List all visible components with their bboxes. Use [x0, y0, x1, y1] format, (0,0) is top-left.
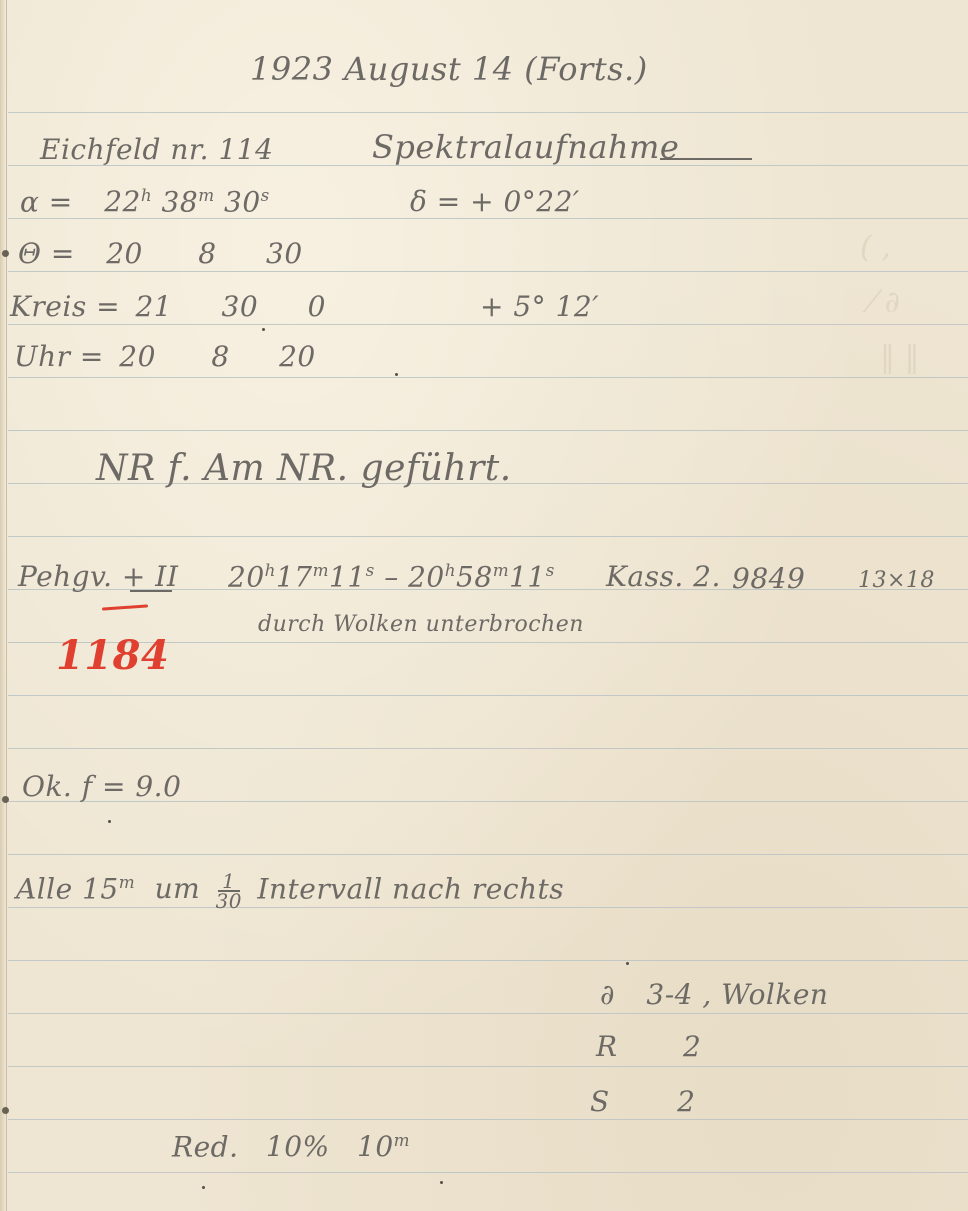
- ruled-line: [8, 748, 968, 749]
- end-hours: 20: [408, 560, 445, 593]
- condition-symbol: S: [590, 1085, 610, 1118]
- exposure-remark: durch Wolken unterbrochen: [258, 612, 584, 637]
- ruled-line: [8, 536, 968, 537]
- interval-middle: um: [155, 872, 201, 905]
- margin-line: [6, 0, 7, 1211]
- reduction-percent: 10%: [266, 1130, 330, 1163]
- ruled-line: [8, 1066, 968, 1067]
- start-minutes: 17: [276, 560, 313, 593]
- condition-value: 2: [683, 1030, 701, 1063]
- ruled-line: [8, 695, 968, 696]
- alpha-minutes: 38: [162, 185, 199, 218]
- ruled-line: [8, 1119, 968, 1120]
- pencil-dot: [626, 962, 629, 965]
- alpha-label: α =: [20, 185, 73, 218]
- exposure-label-underline: [130, 590, 172, 592]
- alpha-seconds: 30: [224, 185, 261, 218]
- pencil-dot: [395, 373, 398, 376]
- pencil-dot: [262, 328, 265, 331]
- plate-size: 13×18: [858, 568, 935, 593]
- kreis-declination: + 5° 12′: [480, 290, 599, 323]
- kreis-minutes: 30: [222, 290, 259, 323]
- interval-fraction: 1 30: [216, 872, 242, 910]
- uhr-hours: 20: [119, 340, 156, 373]
- start-hours: 20: [228, 560, 265, 593]
- theta-seconds: 30: [266, 237, 303, 270]
- pencil-dot: [202, 1186, 205, 1189]
- ocular-note: Ok. f = 9.0: [22, 770, 181, 803]
- condition-symbol: ∂: [600, 978, 615, 1011]
- theta-hours: 20: [106, 237, 143, 270]
- exposure-label: Pehgv. + II: [18, 560, 178, 593]
- condition-value: 3-4: [646, 978, 693, 1011]
- binding-hole: [2, 796, 9, 803]
- object-name: Eichfeld nr. 114: [40, 133, 273, 166]
- camera-label: Kass. 2.: [606, 560, 721, 593]
- condition-note: , Wolken: [702, 978, 828, 1011]
- end-seconds: 11: [509, 560, 546, 593]
- red-overline-stroke: [102, 604, 148, 610]
- notebook-page: ( , ⁄ ∂ ‖ ‖ 1923 August 14 (Forts.) Eich…: [0, 0, 968, 1211]
- plate-number: 9849: [732, 562, 805, 595]
- delta-row: δ = + 0°22′: [410, 185, 580, 218]
- interval-prefix: Alle 15: [16, 872, 119, 905]
- kreis-seconds: 0: [308, 290, 326, 323]
- reduction-time-unit: m: [394, 1130, 410, 1150]
- ruled-line: [8, 1172, 968, 1173]
- pencil-dot: [440, 1181, 443, 1184]
- ruled-line: [8, 1013, 968, 1014]
- fraction-denominator: 30: [216, 892, 242, 910]
- ruled-line: [8, 430, 968, 431]
- end-minutes: 58: [456, 560, 493, 593]
- purpose-heading: Spektralaufnahme: [372, 128, 679, 166]
- theta-row: Θ = 20 8 30: [18, 237, 303, 270]
- delta-value: + 0°22′: [470, 185, 580, 218]
- binding-hole: [2, 1107, 9, 1114]
- ruled-line: [8, 271, 968, 272]
- reduction-time: 10: [357, 1130, 394, 1163]
- ruled-line: [8, 112, 968, 113]
- ruled-line: [8, 377, 968, 378]
- guiding-note: NR f. Am NR. geführt.: [96, 448, 512, 489]
- uhr-row: Uhr = 20 8 20: [14, 340, 316, 373]
- purpose-underline-stroke: [660, 158, 752, 160]
- uhr-minutes: 8: [211, 340, 229, 373]
- exposure-time-range: 20h17m11s – 20h58m11s: [228, 560, 555, 593]
- condition-symbol: R: [596, 1030, 618, 1063]
- theta-minutes: 8: [198, 237, 216, 270]
- theta-label: Θ =: [18, 237, 75, 270]
- reduction-note: Red. 10% 10m: [172, 1130, 410, 1163]
- alpha-row: α = 22h 38m 30s: [20, 185, 270, 218]
- uhr-label: Uhr =: [14, 340, 104, 373]
- date-header: 1923 August 14 (Forts.): [250, 50, 648, 88]
- bleed-through-mark: ‖ ‖: [880, 340, 920, 375]
- condition-value: 2: [677, 1085, 695, 1118]
- red-plate-annotation: 1184: [56, 632, 169, 679]
- interval-unit: m: [119, 872, 135, 892]
- interval-note: Alle 15m um 1 30 Intervall nach rechts: [16, 872, 564, 910]
- fraction-numerator: 1: [222, 872, 235, 890]
- start-seconds: 11: [329, 560, 366, 593]
- binding-hole: [2, 250, 9, 257]
- pencil-dot: [108, 820, 111, 823]
- kreis-row: Kreis = 21 30 0: [10, 290, 326, 323]
- ruled-line: [8, 960, 968, 961]
- interval-suffix: Intervall nach rechts: [257, 872, 564, 905]
- alpha-hours: 22: [104, 185, 141, 218]
- condition-row-seeing: ∂ 3-4 , Wolken: [600, 978, 828, 1011]
- condition-row-r: R 2: [596, 1030, 701, 1063]
- bleed-through-mark: ⁄ ∂: [870, 285, 900, 320]
- ruled-line: [8, 854, 968, 855]
- condition-row-s: S 2: [590, 1085, 695, 1118]
- bleed-through-mark: ( ,: [860, 230, 891, 265]
- kreis-label: Kreis =: [10, 290, 120, 323]
- ruled-line: [8, 324, 968, 325]
- kreis-hours: 21: [135, 290, 172, 323]
- uhr-seconds: 20: [279, 340, 316, 373]
- delta-label: δ =: [410, 185, 461, 218]
- reduction-label: Red.: [172, 1130, 238, 1163]
